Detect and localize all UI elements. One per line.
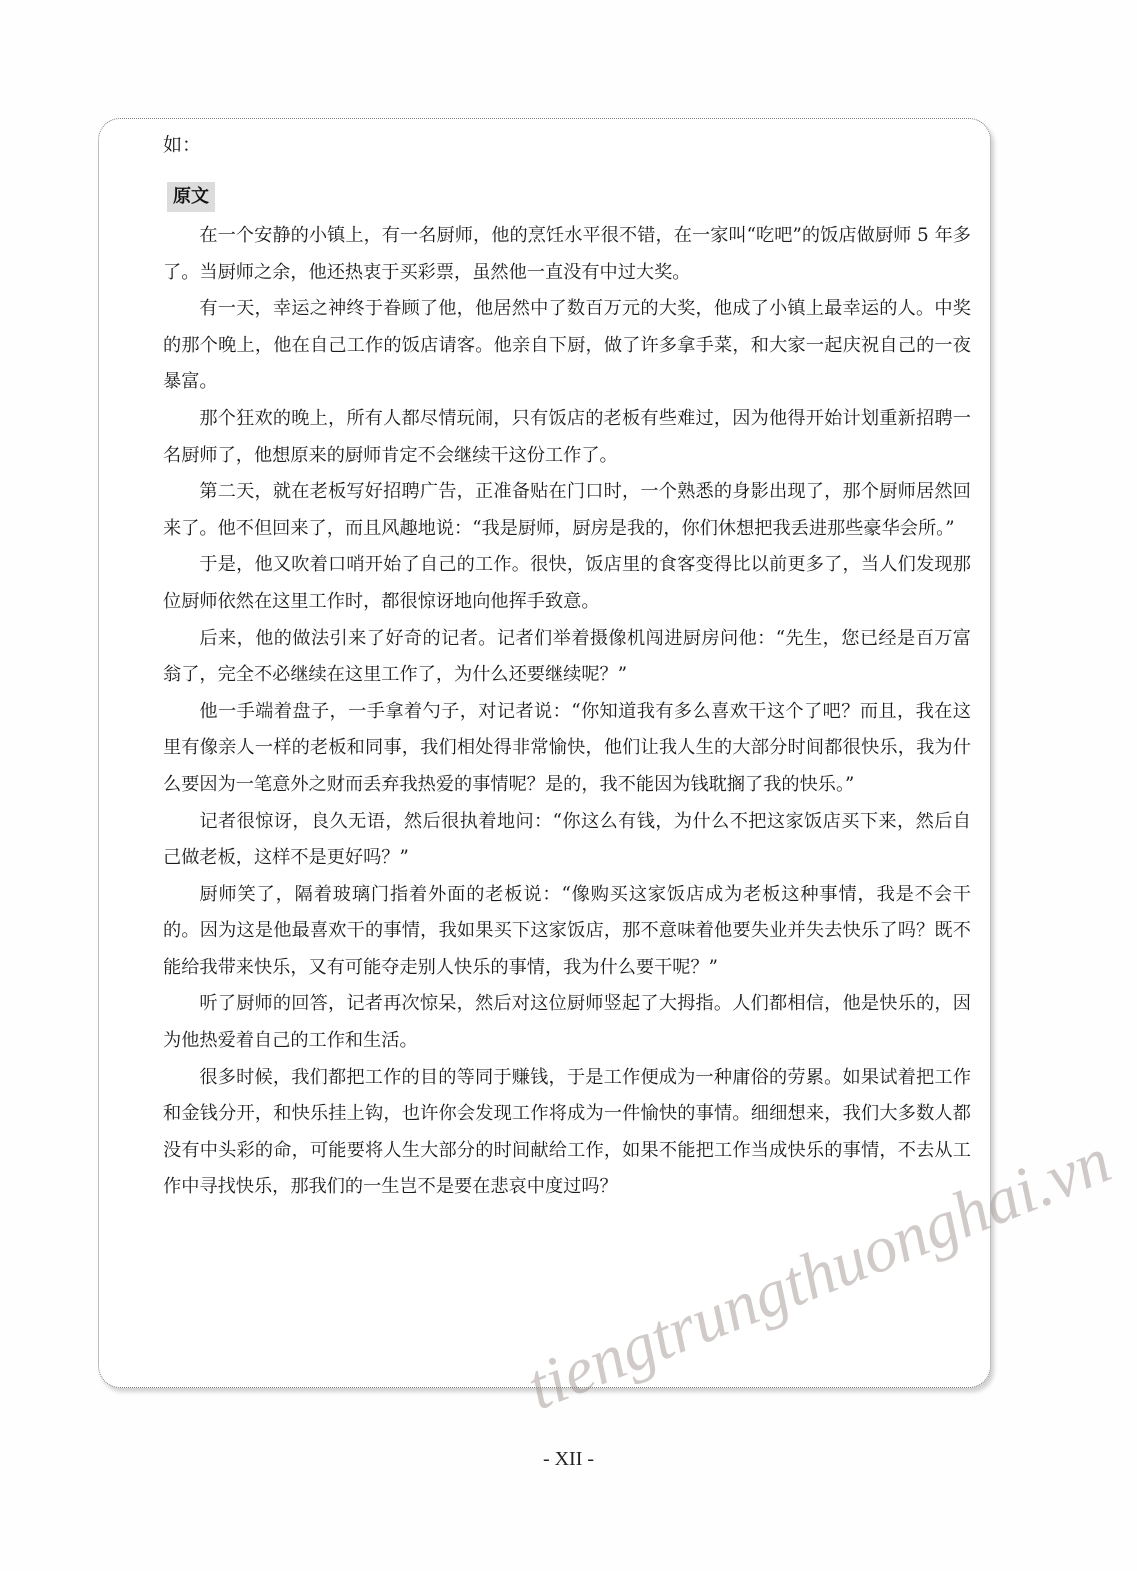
paragraph: 记者很惊讶，良久无语，然后很执着地问：“你这么有钱，为什么不把这家饭店买下来，然…: [163, 804, 971, 877]
paragraph: 厨师笑了，隔着玻璃门指着外面的老板说：“像购买这家饭店成为老板这种事情，我是不会…: [163, 877, 971, 987]
intro-text: 如：: [163, 130, 201, 160]
section-label-original-text: 原文: [167, 182, 215, 212]
document-page: 如： 原文 在一个安静的小镇上，有一名厨师，他的烹饪水平很不错，在一家叫“吃吧”…: [0, 0, 1137, 1571]
paragraph: 于是，他又吹着口哨开始了自己的工作。很快，饭店里的食客变得比以前更多了，当人们发…: [163, 547, 971, 620]
paragraph: 后来，他的做法引来了好奇的记者。记者们举着摄像机闯进厨房问他：“先生，您已经是百…: [163, 621, 971, 694]
paragraph: 在一个安静的小镇上，有一名厨师，他的烹饪水平很不错，在一家叫“吃吧”的饭店做厨师…: [163, 218, 971, 291]
page-number: - XII -: [0, 1448, 1137, 1471]
paragraph: 有一天，幸运之神终于眷顾了他，他居然中了数百万元的大奖，他成了小镇上最幸运的人。…: [163, 291, 971, 401]
paragraph: 他一手端着盘子，一手拿着勺子，对记者说：“你知道我有多么喜欢干这个了吧？而且，我…: [163, 694, 971, 804]
paragraph: 听了厨师的回答，记者再次惊呆，然后对这位厨师竖起了大拇指。人们都相信，他是快乐的…: [163, 986, 971, 1059]
article-body: 在一个安静的小镇上，有一名厨师，他的烹饪水平很不错，在一家叫“吃吧”的饭店做厨师…: [163, 218, 971, 1206]
paragraph: 很多时候，我们都把工作的目的等同于赚钱，于是工作便成为一种庸俗的劳累。如果试着把…: [163, 1060, 971, 1206]
paragraph: 那个狂欢的晚上，所有人都尽情玩闹，只有饭店的老板有些难过，因为他得开始计划重新招…: [163, 401, 971, 474]
paragraph: 第二天，就在老板写好招聘广告，正准备贴在门口时，一个熟悉的身影出现了，那个厨师居…: [163, 474, 971, 547]
